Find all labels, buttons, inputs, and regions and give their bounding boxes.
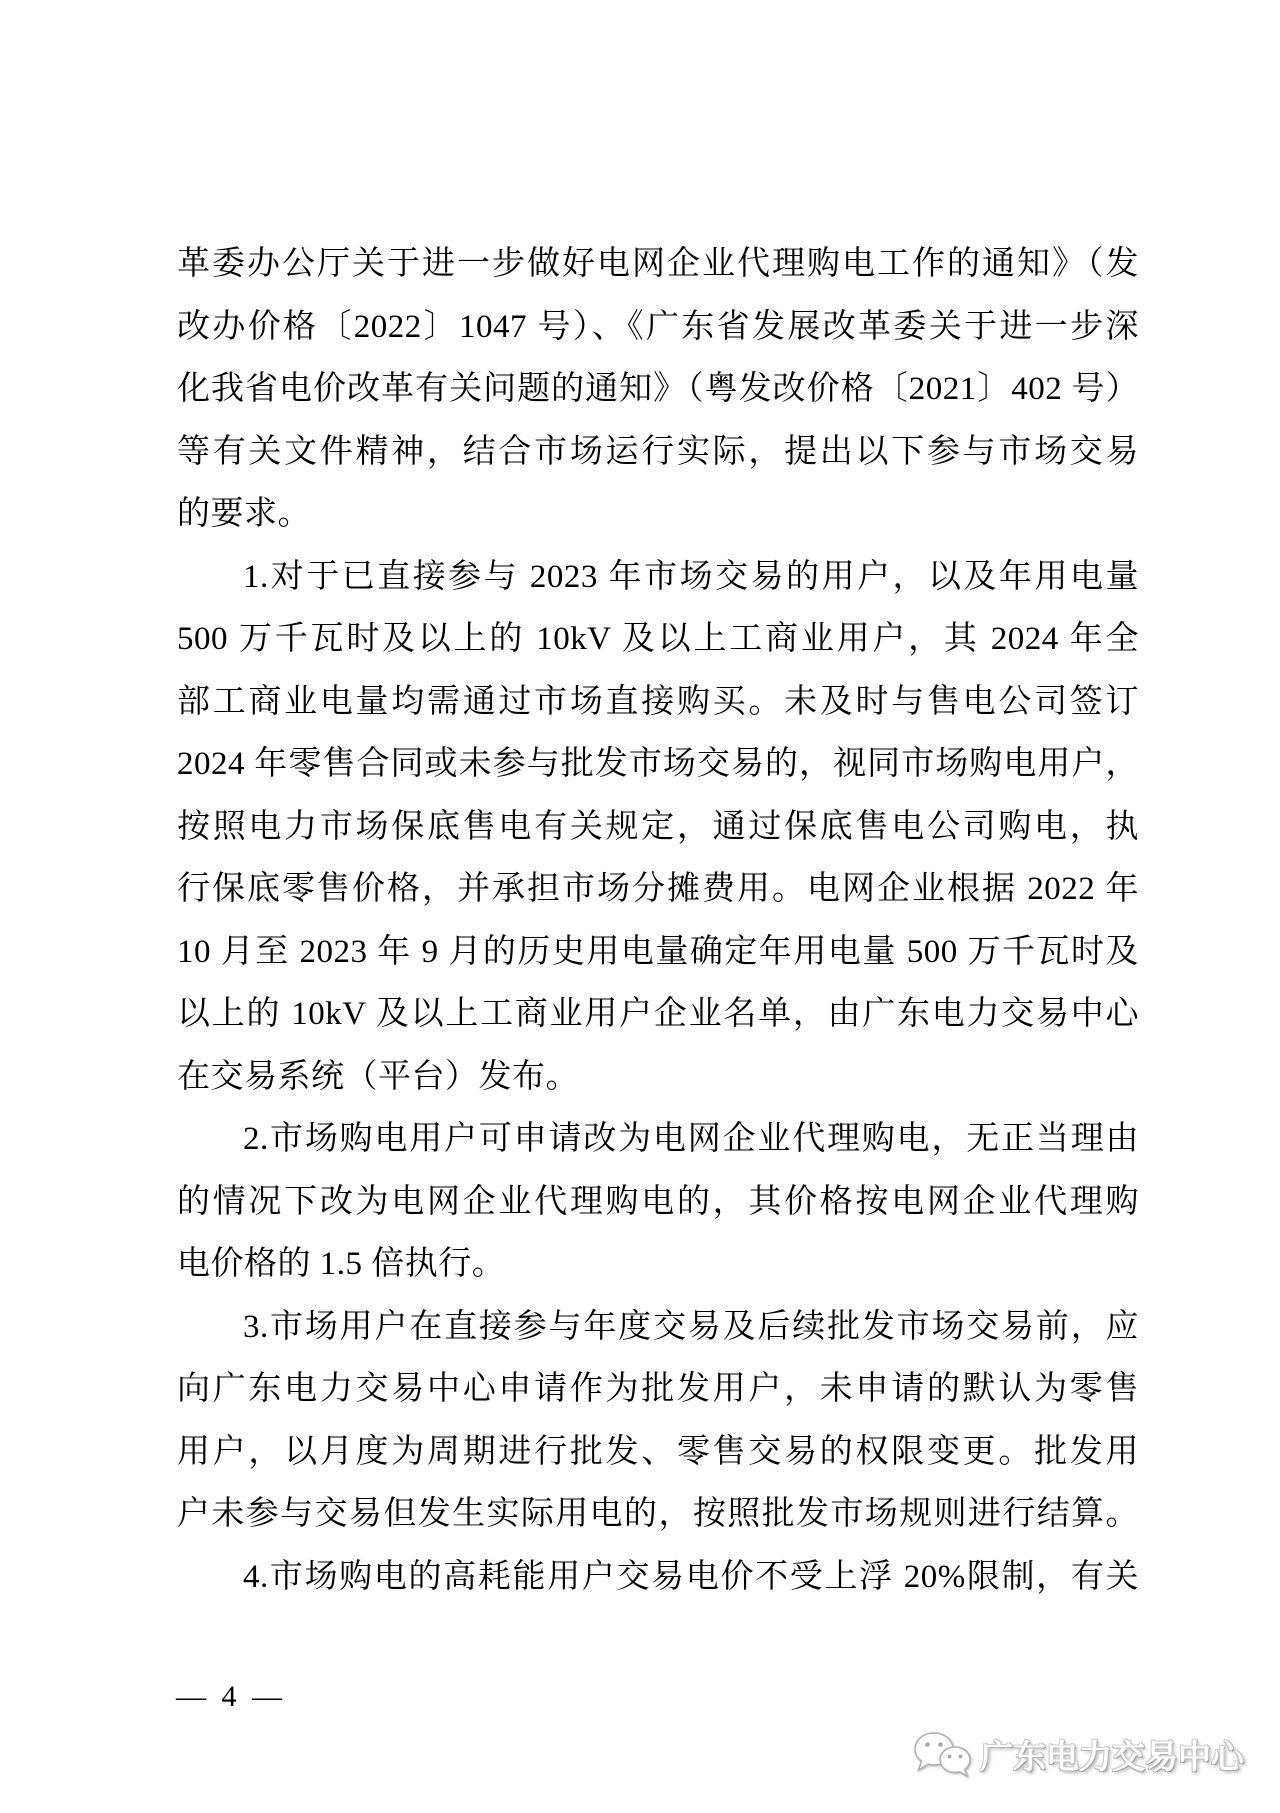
text-line: 4.市场购电的高耗能用户交易电价不受上浮 20%限制，有关 <box>177 1546 1139 1609</box>
text-line: 3.市场用户在直接参与年度交易及后续批发市场交易前，应 <box>177 1296 1139 1359</box>
text-line: 行保底零售价格，并承担市场分摊费用。电网企业根据 2022 年 <box>177 858 1139 921</box>
document-page: 革委办公厅关于进一步做好电网企业代理购电工作的通知》（发改办价格〔2022〕10… <box>0 0 1280 1813</box>
text-line: 革委办公厅关于进一步做好电网企业代理购电工作的通知》（发 <box>177 233 1139 296</box>
text-line: 以上的 10kV 及以上工商业用户企业名单，由广东电力交易中心 <box>177 983 1139 1046</box>
text-line: 500 万千瓦时及以上的 10kV 及以上工商业用户，其 2024 年全 <box>177 608 1139 671</box>
text-line: 1.对于已直接参与 2023 年市场交易的用户，以及年用电量 <box>177 546 1139 609</box>
text-line: 的要求。 <box>177 483 1139 546</box>
watermark-label: 广东电力交易中心 <box>980 1731 1244 1778</box>
text-line: 电价格的 1.5 倍执行。 <box>177 1233 1139 1296</box>
text-line: 户未参与交易但发生实际用电的，按照批发市场规则进行结算。 <box>177 1483 1139 1546</box>
wechat-icon <box>910 1729 974 1779</box>
document-body: 革委办公厅关于进一步做好电网企业代理购电工作的通知》（发改办价格〔2022〕10… <box>177 233 1139 1608</box>
text-line: 的情况下改为电网企业代理购电的，其价格按电网企业代理购 <box>177 1171 1139 1234</box>
text-line: 向广东电力交易中心申请作为批发用户，未申请的默认为零售 <box>177 1358 1139 1421</box>
watermark: 广东电力交易中心 <box>910 1729 1244 1779</box>
text-line: 在交易系统（平台）发布。 <box>177 1046 1139 1109</box>
text-line: 化我省电价改革有关问题的通知》（粤发改价格〔2021〕402 号） <box>177 358 1139 421</box>
text-line: 用户，以月度为周期进行批发、零售交易的权限变更。批发用 <box>177 1421 1139 1484</box>
text-line: 等有关文件精神，结合市场运行实际，提出以下参与市场交易 <box>177 421 1139 484</box>
text-line: 部工商业电量均需通过市场直接购买。未及时与售电公司签订 <box>177 671 1139 734</box>
text-line: 10 月至 2023 年 9 月的历史用电量确定年用电量 500 万千瓦时及 <box>177 921 1139 984</box>
page-number: — 4 — <box>176 1680 286 1714</box>
text-line: 2024 年零售合同或未参与批发市场交易的，视同市场购电用户， <box>177 733 1139 796</box>
text-line: 按照电力市场保底售电有关规定，通过保底售电公司购电，执 <box>177 796 1139 859</box>
text-line: 改办价格〔2022〕1047 号）、《广东省发展改革委关于进一步深 <box>177 296 1139 359</box>
text-line: 2.市场购电用户可申请改为电网企业代理购电，无正当理由 <box>177 1108 1139 1171</box>
